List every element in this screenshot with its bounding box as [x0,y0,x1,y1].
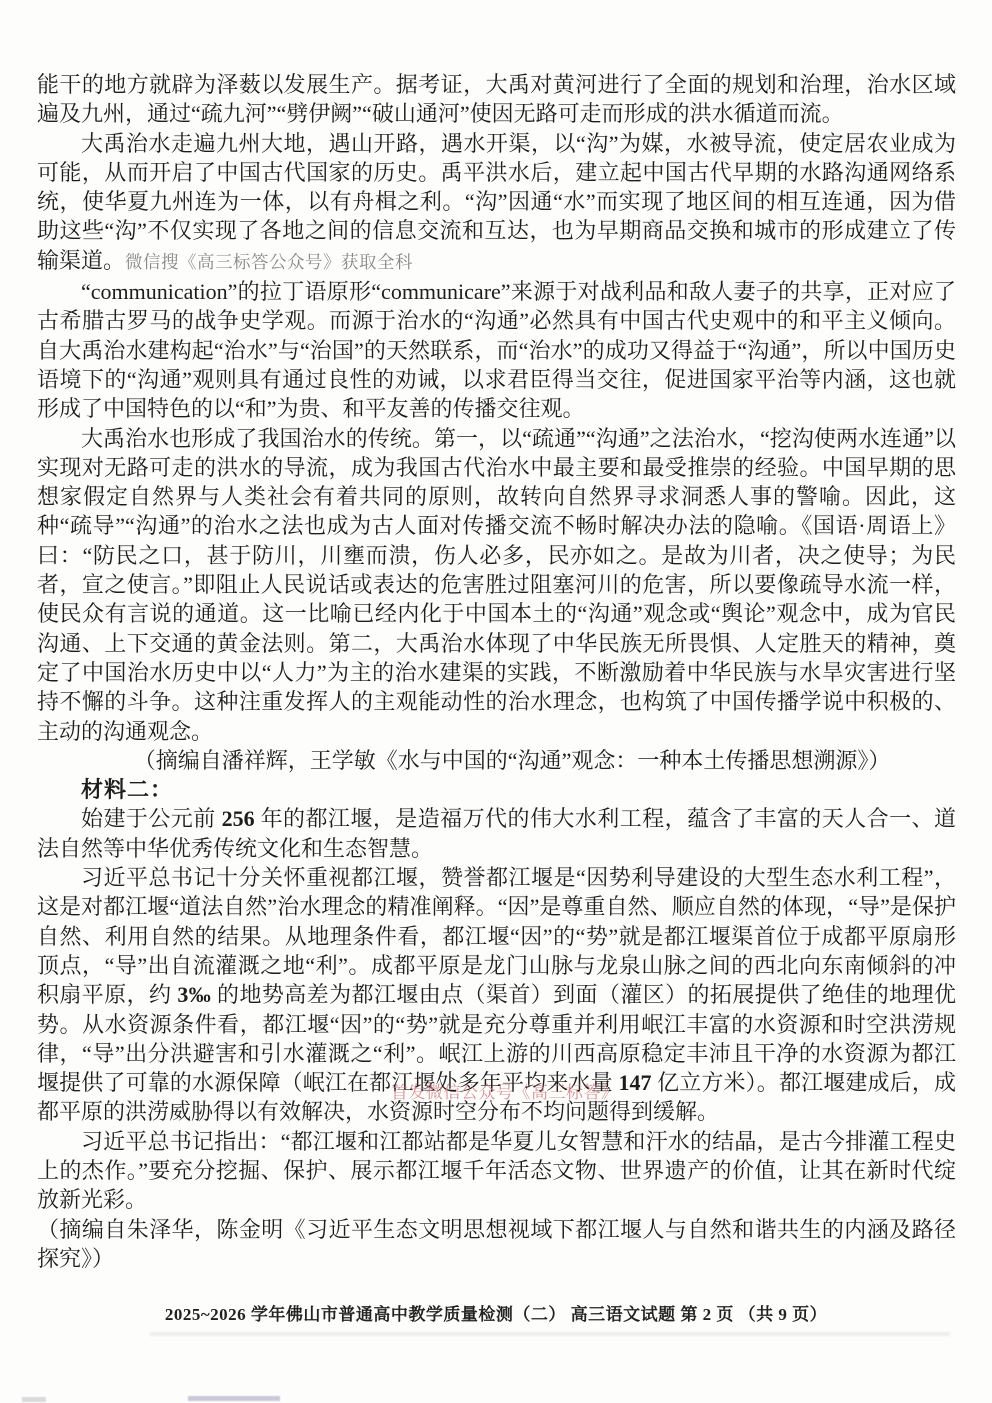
text-segment: 习近平总书记指出：“都江堰和江都站都是华夏儿女智慧和汗水的结晶，是古今排灌工程史… [37,1129,956,1213]
scan-bleed-line [150,1332,950,1336]
text-segment: 始建于公元前 [81,806,222,831]
text-segment: （摘编自潘祥辉，王学敏《水与中国的“沟通”观念：一种本土传播思想溯源》） [134,748,891,773]
article: 能干的地方就辟为泽薮以发展生产。据考证，大禹对黄河进行了全面的规划和治理，治水区… [37,70,956,1273]
text-segment-num: 256 [222,806,255,831]
text-segment-num: 147 [618,1070,651,1095]
exam-paper-page: 能干的地方就辟为泽薮以发展生产。据考证，大禹对黄河进行了全面的规划和治理，治水区… [0,0,992,1403]
scan-smudge-left [22,1397,46,1402]
para-5: 始建于公元前 256 年的都江堰，是造福万代的伟大水利工程，蕴含了丰富的天人合一… [37,804,956,863]
page-footer: 2025~2026 学年佛山市普通高中教学质量检测（二） 高三语文试题 第 2 … [0,1300,992,1325]
heading-material-2: 材料二： [37,775,956,804]
text-segment: 能干的地方就辟为泽薮以发展生产。据考证，大禹对黄河进行了全面的规划和治理，治水区… [37,72,956,126]
para-7: 习近平总书记指出：“都江堰和江都站都是华夏儿女智慧和汗水的结晶，是古今排灌工程史… [37,1127,956,1215]
text-segment-bold: 材料二： [81,777,173,802]
para-1-continuation: 能干的地方就辟为泽薮以发展生产。据考证，大禹对黄河进行了全面的规划和治理，治水区… [37,70,956,129]
para-source-2: （摘编自朱泽华，陈金明《习近平生态文明思想视域下都江堰人与自然和谐共生的内涵及路… [37,1215,956,1274]
text-segment-promo: 微信搜《高三标答公众号》获取全科 [125,252,413,272]
para-4: 大禹治水也形成了我国治水的传统。第一，以“疏通”“沟通”之法治水，“挖沟使两水连… [37,424,956,746]
para-2: 大禹治水走遍九州大地，遇山开路，遇水开渠，以“沟”为媒，水被导流，使定居农业成为… [37,129,956,277]
text-segment: （摘编自朱泽华，陈金明《习近平生态文明思想视域下都江堰人与自然和谐共生的内涵及路… [37,1217,956,1271]
text-segment: 大禹治水也形成了我国治水的传统。第一，以“疏通”“沟通”之法治水，“挖沟使两水连… [37,426,956,744]
text-segment-num: 3‰ [177,982,211,1007]
text-segment: “communication”的拉丁语原形“communicare”来源于对战利… [37,279,956,421]
para-3: “communication”的拉丁语原形“communicare”来源于对战利… [37,277,956,423]
para-source-1: （摘编自潘祥辉，王学敏《水与中国的“沟通”观念：一种本土传播思想溯源》） [37,746,956,775]
scan-smudge-center [188,1396,280,1401]
para-6: 习近平总书记十分关怀重视都江堰，赞誉都江堰是“因势利导建设的大型生态水利工程”，… [37,863,956,1127]
